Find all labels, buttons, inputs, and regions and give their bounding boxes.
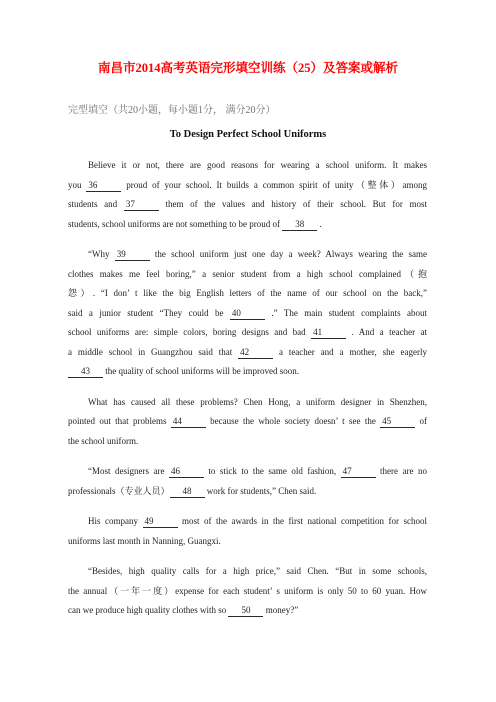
blank-39: 39 [115, 249, 150, 261]
text-run: can we produce high quality clothes with… [68, 605, 228, 615]
blank-47: 47 [341, 466, 376, 478]
text-line: His company 49 most of the awards in the… [68, 512, 427, 532]
paragraph-1: Believe it or not, there are good reason… [68, 156, 427, 234]
text-run: “Why [88, 249, 115, 259]
text-line: Believe it or not, there are good reason… [68, 156, 427, 176]
blank-46: 46 [169, 466, 204, 478]
text-line: “Besides, high quality calls for a high … [68, 562, 427, 582]
blank-41: 41 [311, 327, 346, 339]
passage-body: Believe it or not, there are good reason… [68, 156, 427, 621]
paragraph-6: “Besides, high quality calls for a high … [68, 562, 427, 621]
text-run: money?” [263, 605, 298, 615]
blank-37: 37 [124, 199, 159, 211]
passage-title: To Design Perfect School Uniforms [0, 128, 496, 142]
text-run: . And a teacher at [346, 327, 427, 337]
text-run: the annual（一年一度）expense for each student… [68, 586, 427, 596]
blank-49: 49 [143, 516, 178, 528]
text-run: work for students,” Chen said. [205, 486, 317, 496]
text-run: said a junior student “They could be [68, 308, 230, 318]
blank-42: 42 [238, 347, 273, 359]
text-line: “Why 39 the school uniform just one day … [68, 245, 427, 265]
text-line: clothes makes me feel boring,” a senior … [68, 265, 427, 285]
text-run: “Besides, high quality calls for a high … [88, 566, 427, 576]
text-line: What has caused all these problems? Chen… [68, 393, 427, 413]
text-line: students, school uniforms are not someth… [68, 215, 427, 235]
text-run: a middle school in Guangzhou said that [68, 347, 238, 357]
blank-45: 45 [380, 416, 415, 428]
text-line: a middle school in Guangzhou said that 4… [68, 343, 427, 363]
blank-36: 36 [86, 180, 121, 192]
text-line: can we produce high quality clothes with… [68, 601, 427, 621]
blank-48: 48 [170, 486, 205, 498]
text-line: 43 the quality of school uniforms will b… [68, 362, 427, 382]
blank-43: 43 [68, 366, 103, 378]
text-line: professionals（专业人员）48 work for students,… [68, 482, 427, 502]
text-line: students and 37 them of the values and h… [68, 195, 427, 215]
text-line: you 36 proud of your school. It builds a… [68, 176, 427, 196]
text-run: proud of your school. It builds a common… [121, 180, 427, 190]
text-run: students and [68, 199, 124, 209]
document-page: 南昌市2014高考英语完形填空训练（25）及答案或解析 完型填空（共20小题，每… [0, 0, 496, 702]
text-run: .” The main student complaints about [265, 308, 427, 318]
section-instructions: 完型填空（共20小题，每小题1分， 满分20分） [68, 104, 496, 118]
text-run: to stick to the same old fashion, [204, 466, 341, 476]
paragraph-2: “Why 39 the school uniform just one day … [68, 245, 427, 382]
text-line: 怨）. “I don’ t like the big English lette… [68, 284, 427, 304]
text-run: 怨）. “I don’ t like the big English lette… [68, 288, 427, 298]
text-line: “Most designers are 46 to stick to the s… [68, 462, 427, 482]
paragraph-4: “Most designers are 46 to stick to the s… [68, 462, 427, 501]
text-run: His company [88, 516, 143, 526]
text-run: Believe it or not, there are good reason… [88, 160, 427, 170]
text-run: clothes makes me feel boring,” a senior … [68, 269, 427, 279]
text-run: school uniforms are: simple colors, bori… [68, 327, 311, 337]
blank-38: 38 [282, 219, 317, 231]
text-line: school uniforms are: simple colors, bori… [68, 323, 427, 343]
text-line: uniforms last month in Nanning, Guangxi. [68, 532, 427, 552]
text-run: uniforms last month in Nanning, Guangxi. [68, 536, 221, 546]
text-run: “Most designers are [88, 466, 169, 476]
text-run: What has caused all these problems? Chen… [88, 397, 427, 407]
text-run: you [68, 180, 86, 190]
blank-50: 50 [228, 605, 263, 617]
paragraph-3: What has caused all these problems? Chen… [68, 393, 427, 452]
text-line: the school uniform. [68, 432, 427, 452]
text-line: said a junior student “They could be 40 … [68, 304, 427, 324]
text-run: pointed out that problems [68, 416, 171, 426]
text-run: . [317, 219, 322, 229]
text-run: because the whole society doesn’ t see t… [206, 416, 380, 426]
text-run: there are no [376, 466, 427, 476]
text-line: pointed out that problems 44 because the… [68, 412, 427, 432]
text-run: a teacher and a mother, she eagerly [273, 347, 427, 357]
text-run: the quality of school uniforms will be i… [103, 366, 299, 376]
document-title: 南昌市2014高考英语完形填空训练（25）及答案或解析 [0, 0, 496, 77]
blank-44: 44 [171, 416, 206, 428]
text-run: most of the awards in the first national… [178, 516, 428, 526]
text-run: professionals（专业人员） [68, 486, 170, 496]
text-line: the annual（一年一度）expense for each student… [68, 582, 427, 602]
paragraph-5: His company 49 most of the awards in the… [68, 512, 427, 551]
text-run: them of the values and history of their … [159, 199, 427, 209]
text-run: the school uniform just one day a week? … [150, 249, 427, 259]
text-run: the school uniform. [68, 436, 138, 446]
blank-40: 40 [230, 308, 265, 320]
text-run: students, school uniforms are not someth… [68, 219, 282, 229]
text-run: of [415, 416, 427, 426]
